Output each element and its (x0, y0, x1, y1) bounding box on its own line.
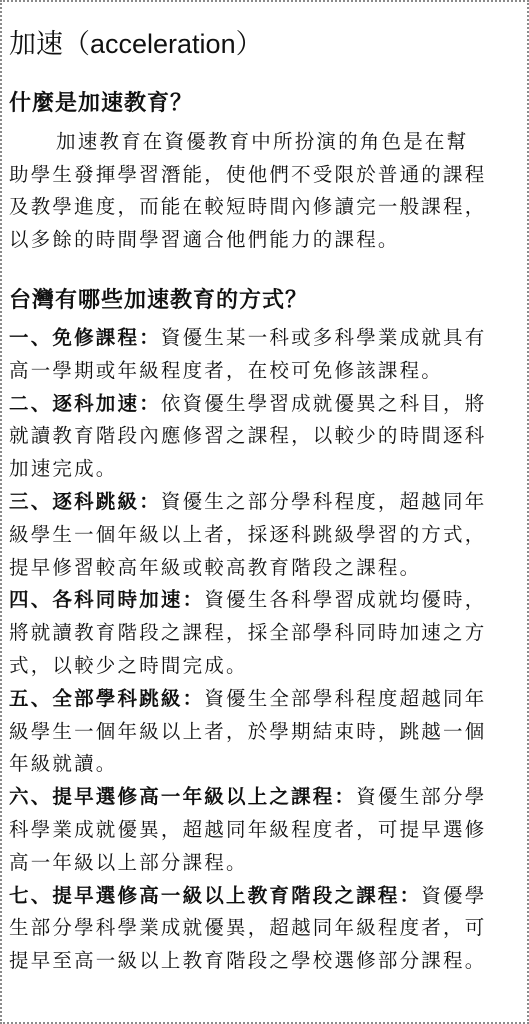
section-heading-methods: 台灣有哪些加速教育的方式？ (9, 284, 308, 316)
method-item-5: 五、全部學科跳級：資優生全部學科程度超越同年 級學生一個年級以上者，於學期結束時… (9, 683, 524, 781)
method-text: 高一學期或年級程度者，在校可免修該課程。 (9, 355, 524, 388)
method-text: 級學生一個年級以上者，採逐科跳級學習的方式， (9, 519, 524, 552)
method-text: 資優生某一科或多科學業成就具有 (161, 326, 487, 349)
method-text: 提早修習較高年級或較高教育階段之課程。 (9, 552, 524, 585)
method-item-7: 七、提早選修高一級以上教育階段之課程：資優學 生部分學科學業成就優異，超越同年級… (9, 880, 524, 978)
method-text: 資優生之部分學科程度，超越同年 (161, 490, 487, 513)
method-item-4: 四、各科同時加速：資優生各科學習成就均優時， 將就讀教育階段之課程，採全部學科同… (9, 584, 524, 682)
method-item-3: 三、逐科跳級：資優生之部分學科程度，超越同年 級學生一個年級以上者，採逐科跳級學… (9, 486, 524, 584)
section-heading-what-is: 什麼是加速教育？ (9, 87, 193, 119)
method-text: 級學生一個年級以上者，於學期結束時，跳越一個 (9, 716, 524, 749)
method-item-1: 一、免修課程：資優生某一科或多科學業成就具有 高一學期或年級程度者，在校可免修該… (9, 322, 524, 388)
method-label: 三、逐科跳級： (9, 490, 161, 513)
method-text: 資優學 (421, 884, 486, 907)
method-label: 二、逐科加速： (9, 392, 161, 415)
methods-list: 一、免修課程：資優生某一科或多科學業成就具有 高一學期或年級程度者，在校可免修該… (9, 322, 524, 978)
method-text: 年級就讀。 (9, 748, 524, 781)
method-text: 將就讀教育階段之課程，採全部學科同時加速之方 (9, 617, 524, 650)
method-text: 資優生全部學科程度超越同年 (204, 687, 486, 710)
method-item-6: 六、提早選修高一年級以上之課程：資優生部分學 科學業成就優異，超越同年級程度者，… (9, 781, 524, 879)
method-label: 一、免修課程： (9, 326, 161, 349)
method-text: 生部分學科學業成就優異，超越同年級程度者，可 (9, 912, 524, 945)
paragraph-line: 及教學進度，而能在較短時間內修讀完一般課程， (9, 191, 524, 224)
method-text: 加速完成。 (9, 453, 524, 486)
method-text: 科學業成就優異，超越同年級程度者，可提早選修 (9, 814, 524, 847)
method-text: 高一年級以上部分課程。 (9, 847, 524, 880)
method-text: 式，以較少之時間完成。 (9, 650, 524, 683)
method-label: 五、全部學科跳級： (9, 687, 204, 710)
paragraph-line: 助學生發揮學習潛能，使他們不受限於普通的課程 (9, 159, 524, 192)
method-text: 資優生部分學 (356, 785, 486, 808)
method-label: 四、各科同時加速： (9, 588, 204, 611)
method-label: 六、提早選修高一年級以上之課程： (9, 785, 356, 808)
method-text: 依資優生學習成就優異之科目，將 (161, 392, 487, 415)
paragraph-line: 以多餘的時間學習適合他們能力的課程。 (9, 224, 524, 257)
method-text: 提早至高一級以上教育階段之學校選修部分課程。 (9, 945, 524, 978)
method-item-2: 二、逐科加速：依資優生學習成就優異之科目，將 就讀教育階段內應修習之課程，以較少… (9, 388, 524, 486)
method-text: 就讀教育階段內應修習之課程，以較少的時間逐科 (9, 420, 524, 453)
document-page: 加速（acceleration） 什麼是加速教育？ 加速教育在資優教育中所扮演的… (0, 0, 529, 1024)
method-text: 資優生各科學習成就均優時， (204, 588, 486, 611)
method-label: 七、提早選修高一級以上教育階段之課程： (9, 884, 421, 907)
paragraph-line: 加速教育在資優教育中所扮演的角色是在幫 (9, 126, 524, 159)
page-title: 加速（acceleration） (9, 24, 263, 64)
intro-paragraph: 加速教育在資優教育中所扮演的角色是在幫 助學生發揮學習潛能，使他們不受限於普通的… (9, 126, 524, 256)
